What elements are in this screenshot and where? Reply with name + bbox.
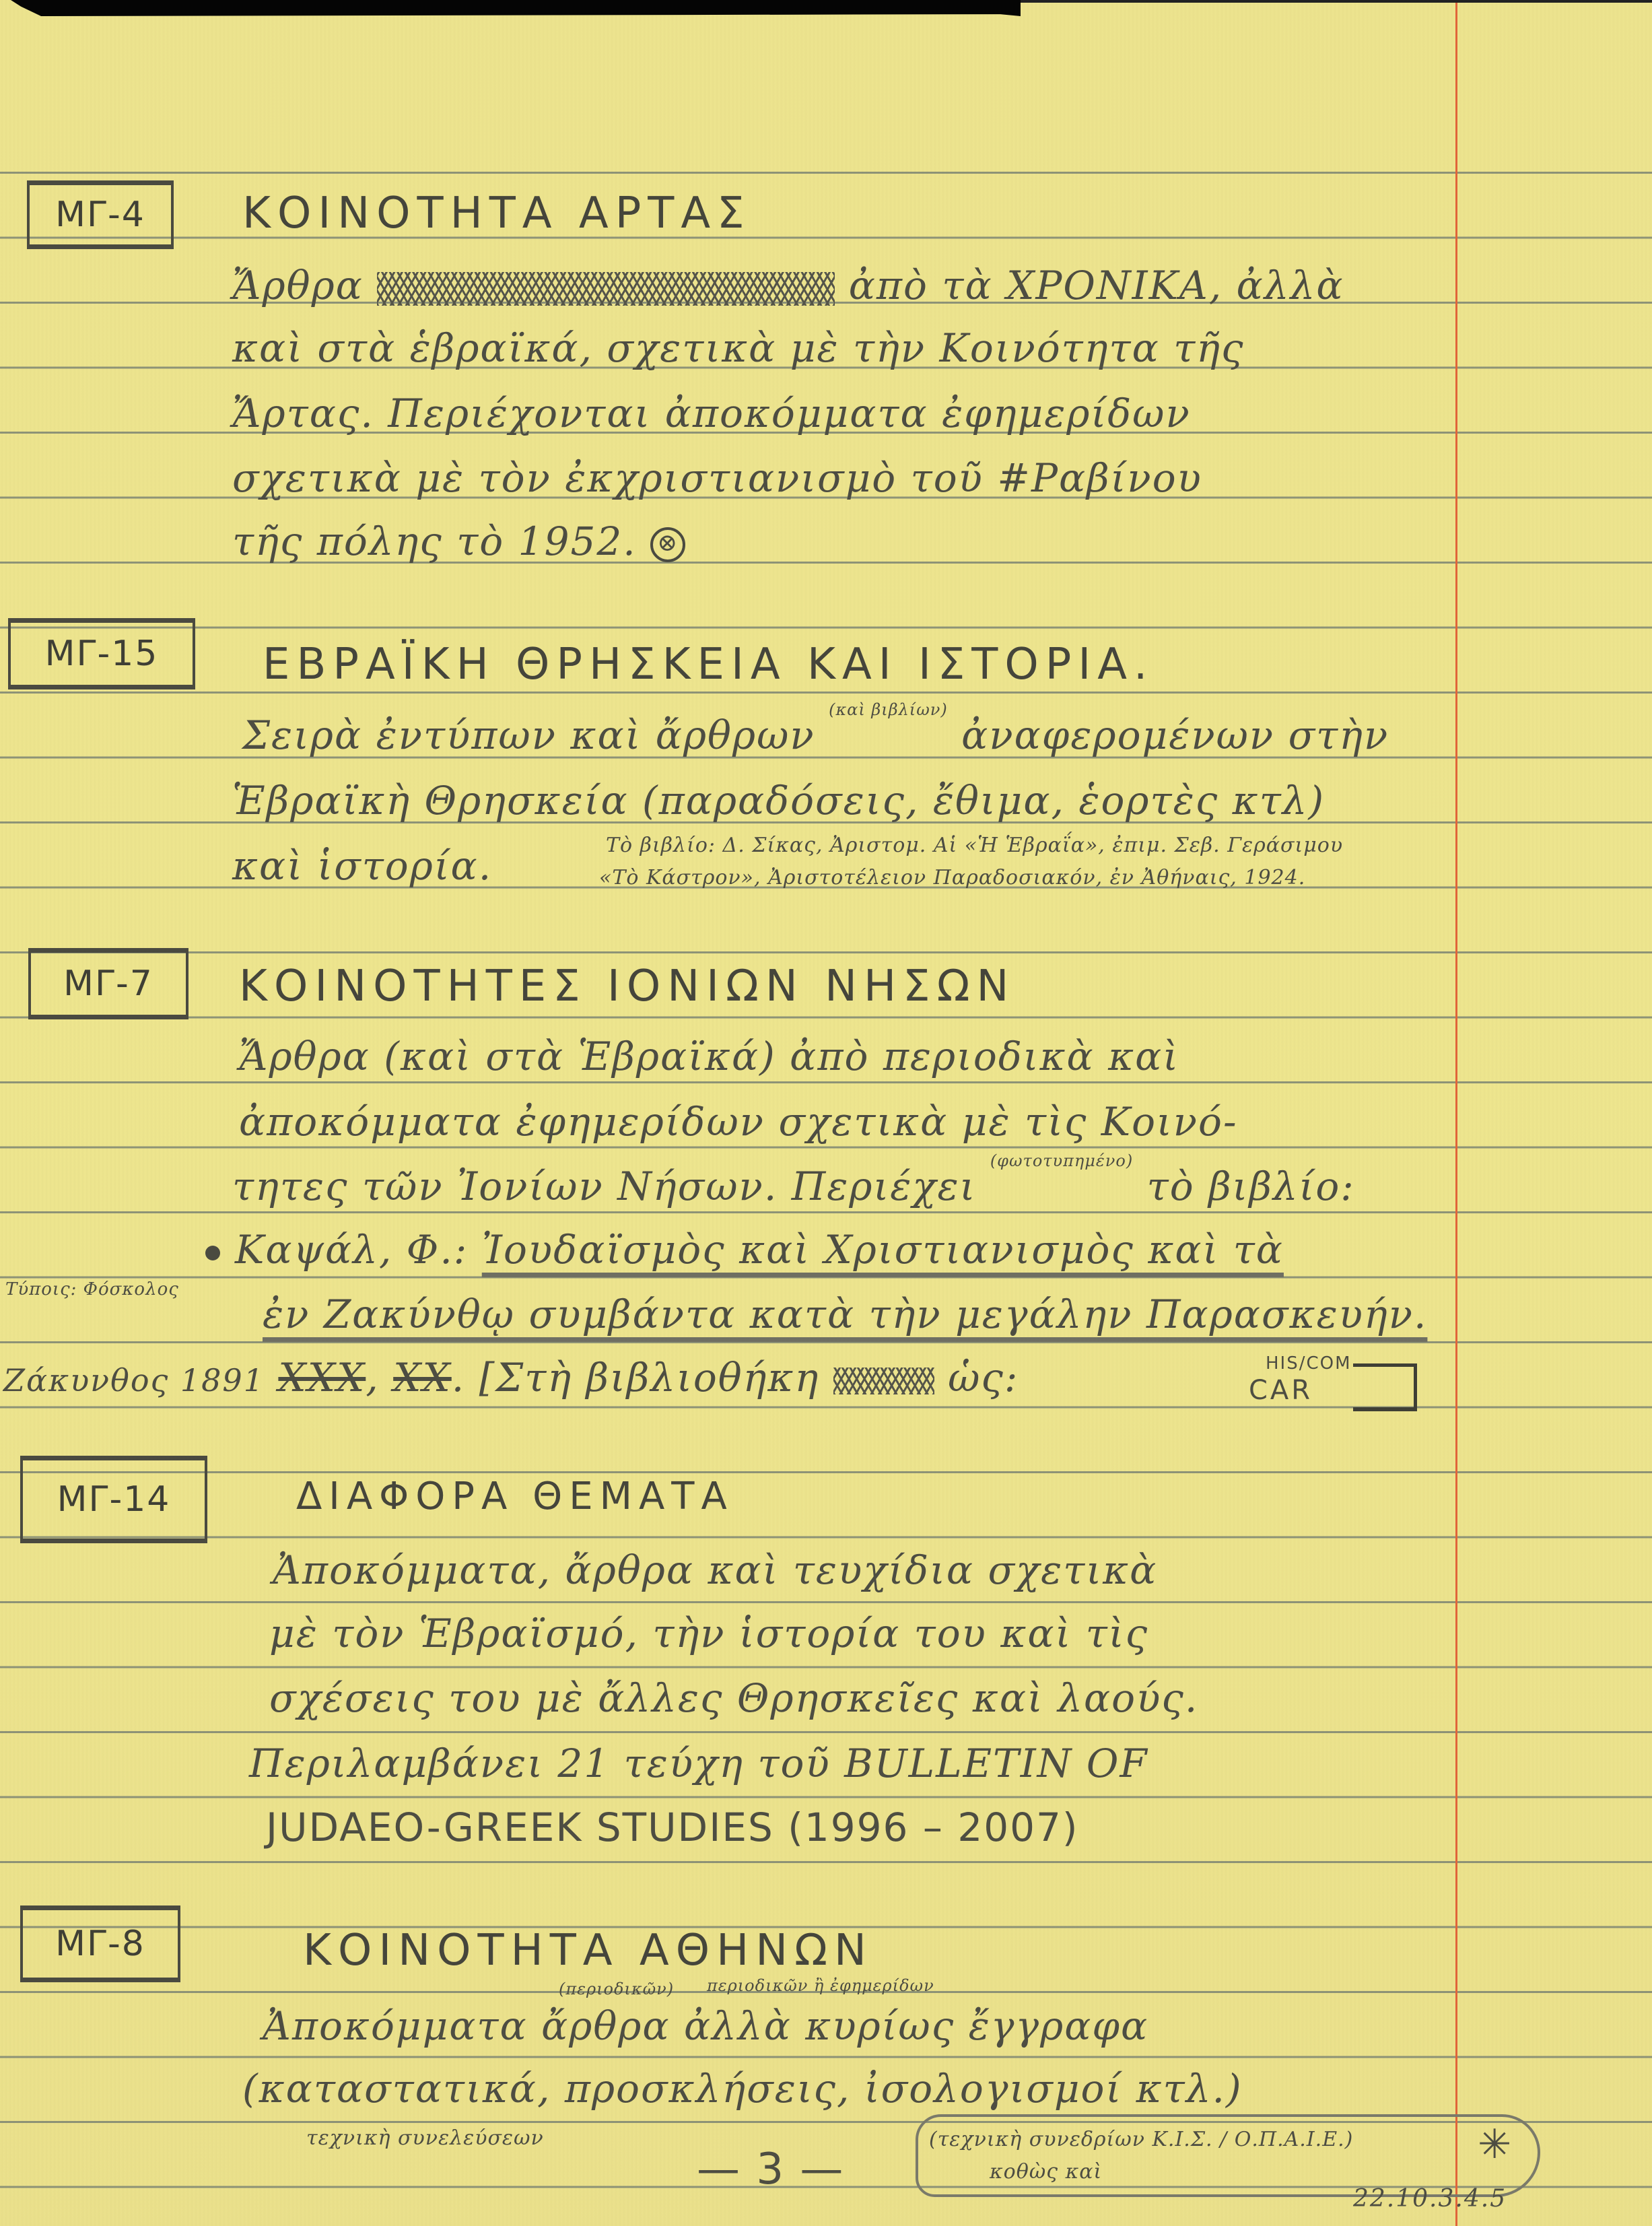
entry-code-box: ΜΓ-14 xyxy=(20,1456,207,1543)
inserted-note: (περιοδικῶν) xyxy=(559,1980,674,1998)
entry-line: ἀποκόμματα ἐφημερίδων σχετικὰ μὲ τὶς Κοι… xyxy=(239,1099,1238,1145)
annotation-cloud-line: κοθὼς καὶ xyxy=(990,2160,1102,2184)
printer-side-note: Τύποις: Φόσκολος xyxy=(5,1279,179,1300)
entry-line: Ἄρτας. Περιέχονται ἀποκόμματα ἐφημερίδων xyxy=(232,391,1191,436)
book-note-line: Τὸ βιβλίο: Δ. Σίκας, Ἀριστομ. Αἱ «Ἡ Ἑβρα… xyxy=(606,834,1343,857)
entry-code: ΜΓ-4 xyxy=(55,195,145,235)
book-note-line: «Τὸ Κάστρον», Ἀριστοτέλειον Παραδοσιακόν… xyxy=(599,866,1305,889)
entry-code-box: ΜΓ-15 xyxy=(8,618,195,689)
scan-edge-line xyxy=(1021,0,1652,3)
entry-line: καὶ στὰ ἑβραϊκά, σχετικὰ μὲ τὴν Κοινότητ… xyxy=(232,325,1245,371)
shelfmark-top: HIS/COM xyxy=(1266,1353,1352,1374)
citation-line: Ζάκυνθος 1891 XXX, XX. [Στὴ βιβλιοθήκη ὡ… xyxy=(3,1355,1019,1401)
annotation-cloud-line: (τεχνικὴ συνεδρίων Κ.Ι.Σ. / Ο.Π.Α.Ι.Ε.) xyxy=(929,2128,1353,2151)
struck-text: XXX xyxy=(278,1355,366,1401)
circled-x-icon: ⊗ xyxy=(650,527,685,562)
citation-line: Καψάλ, Φ.: Ἰουδαϊσμὸς καὶ Χριστιανισμὸς … xyxy=(205,1227,1284,1273)
entry-line: τητες τῶν Ἰονίων Νήσων. Περιέχει (φωτοτυ… xyxy=(232,1163,1355,1209)
entry-line: σχετικὰ μὲ τὸν ἐκχριστιανισμὸ τοῦ #Ραβίν… xyxy=(232,455,1202,501)
date-stamp: 22.10.3.4.5 xyxy=(1353,2185,1507,2213)
entry-code: ΜΓ-14 xyxy=(57,1479,171,1520)
citation-line: ἐν Ζακύνθῳ συμβάντα κατὰ τὴν μεγάλην Παρ… xyxy=(263,1291,1427,1337)
entry-line: Ἑβραϊκὴ Θρησκεία (παραδόσεις, ἔθιμα, ἑορ… xyxy=(232,778,1325,823)
entry-title: ΚΟΙΝΟΤΗΤΑ ΑΡΤΑΣ xyxy=(242,189,751,238)
inserted-note: (φωτοτυπημένο) xyxy=(990,1151,1133,1170)
closing-bracket xyxy=(1353,1363,1417,1411)
entry-line: καὶ ἱστορία. xyxy=(232,843,492,889)
entry-title: ΕΒΡΑΪΚΗ ΘΡΗΣΚΕΙΑ ΚΑΙ ΙΣΤΟΡΙΑ. xyxy=(263,640,1154,689)
entry-line: σχέσεις του μὲ ἄλλες Θρησκεῖες καὶ λαούς… xyxy=(269,1675,1198,1721)
red-margin-line xyxy=(1455,0,1457,2226)
entry-line: Σειρὰ ἐντύπων καὶ ἄρθρων (καὶ βιβλίων) ἀ… xyxy=(242,712,1389,758)
entry-line: Ἀποκόμματα, ἄρθρα καὶ τευχίδια σχετικὰ xyxy=(273,1547,1157,1593)
entry-code-box: ΜΓ-4 xyxy=(27,180,174,249)
entry-line: Περιλαμβάνει 21 τεύχη τοῦ BULLETIN OF xyxy=(249,1741,1148,1786)
inserted-note: (καὶ βιβλίων) xyxy=(829,700,948,719)
entry-line: Ἄρθρα ἀπὸ τὰ ΧΡΟΝΙΚΑ, ἀλλὰ xyxy=(232,263,1344,308)
entry-title: ΚΟΙΝΟΤΗΤΑ ΑΘΗΝΩΝ xyxy=(303,1926,873,1976)
scribbled-out-text xyxy=(377,272,835,306)
entry-line: μὲ τὸν Ἑβραϊσμό, τὴν ἱστορία του καὶ τὶς xyxy=(269,1611,1148,1656)
hash-mark: # xyxy=(997,455,1031,501)
struck-text: XX xyxy=(393,1355,452,1401)
entry-title: ΚΟΙΝΟΤΗΤΕΣ ΙΟΝΙΩΝ ΝΗΣΩΝ xyxy=(239,962,1015,1011)
page-number: — 3 — xyxy=(697,2145,844,2194)
entry-code-box: ΜΓ-8 xyxy=(20,1905,180,1982)
asterisk-icon: ✳ xyxy=(1478,2121,1513,2168)
inserted-note: περιοδικῶν ἢ ἐφημερίδων xyxy=(707,1976,934,1995)
footnote-left: τεχνικὴ συνελεύσεων xyxy=(306,2126,544,2150)
entry-title: ΔΙΑΦΟΡΑ ΘΕΜΑΤΑ xyxy=(296,1475,734,1518)
entry-code-box: ΜΓ-7 xyxy=(28,948,188,1019)
shelfmark-bottom: CAR xyxy=(1249,1375,1313,1406)
entry-code: ΜΓ-7 xyxy=(63,964,153,1004)
entry-line: Ἄρθρα (καὶ στὰ Ἑβραϊκά) ἀπὸ περιοδικὰ κα… xyxy=(239,1034,1179,1079)
scan-edge-shadow xyxy=(11,0,1021,16)
entry-line: Ἀποκόμματα ἄρθρα ἀλλὰ κυρίως ἔγγραφα xyxy=(263,2003,1148,2049)
entry-line: τῆς πόλης τὸ 1952. ⊗ xyxy=(232,518,685,564)
entry-code: ΜΓ-8 xyxy=(55,1924,145,1964)
entry-line: JUDAEO-GREEK STUDIES (1996 – 2007) xyxy=(266,1805,1079,1850)
scribbled-out-text xyxy=(833,1368,934,1394)
bullet-icon xyxy=(205,1246,220,1260)
entry-code: ΜΓ-15 xyxy=(45,634,159,674)
entry-line: (καταστατικά, προσκλήσεις, ἰσολογισμοί κ… xyxy=(242,2066,1243,2112)
